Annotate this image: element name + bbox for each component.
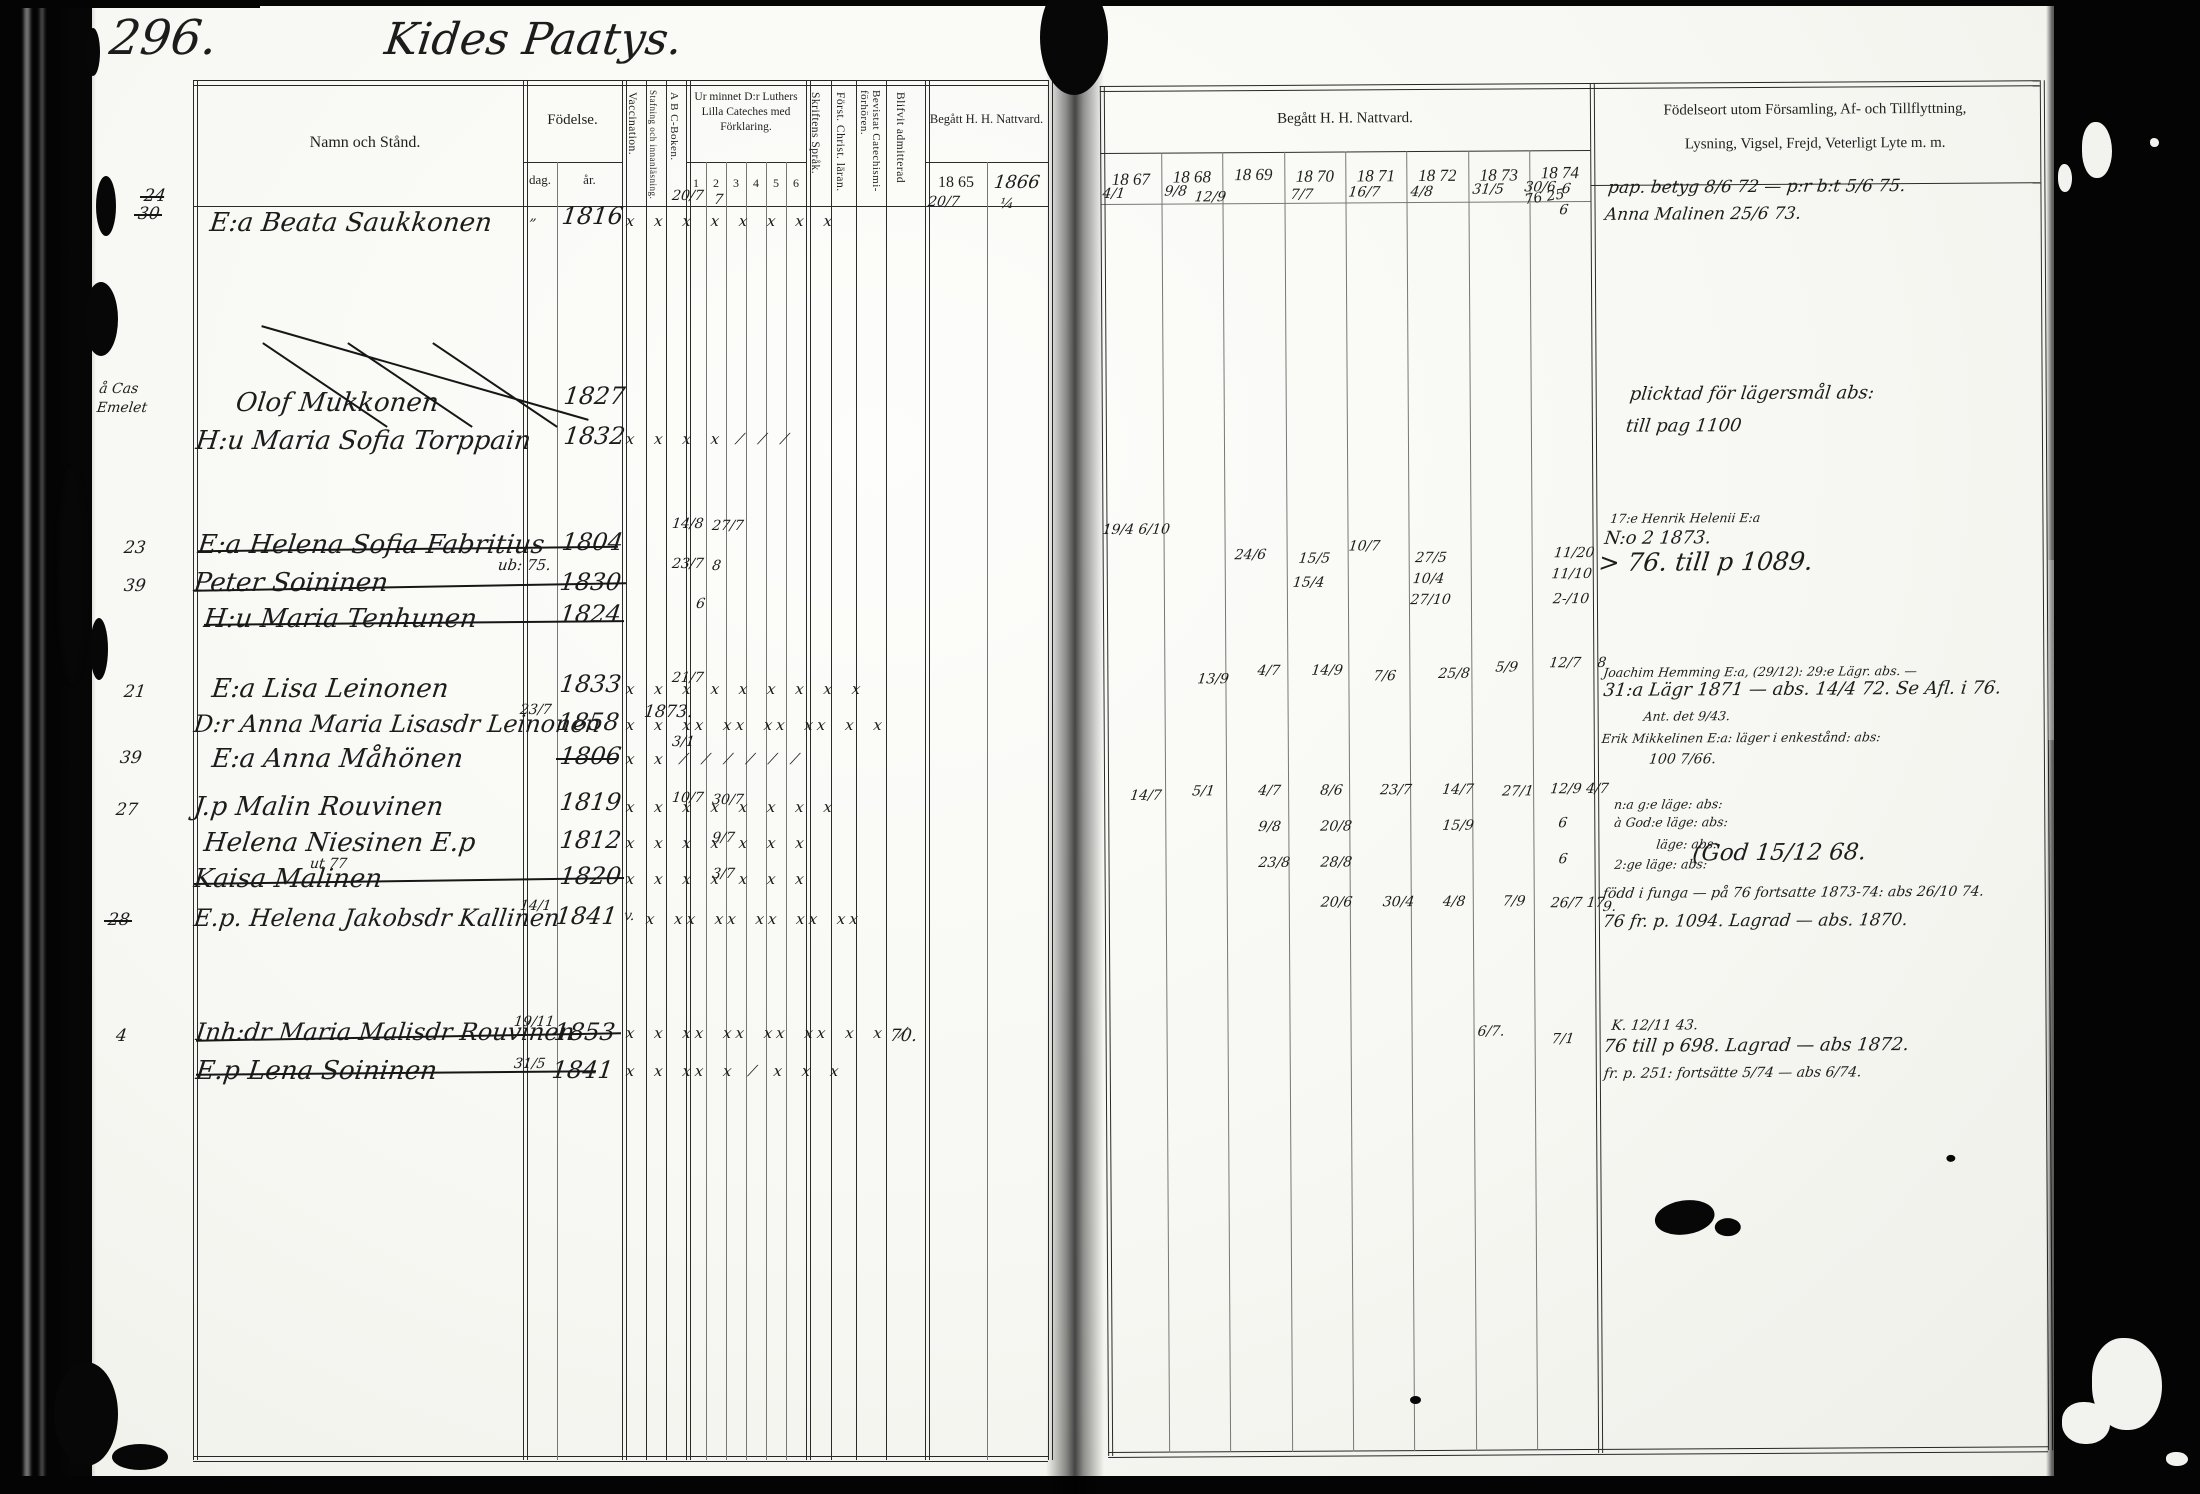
page-gutter-shadow <box>1046 0 1104 1494</box>
edge-blob <box>96 176 116 236</box>
edge-blob <box>90 618 108 680</box>
edge-blob <box>112 1444 168 1470</box>
scanned-parish-register: 296. Kides Paatys. Namn och Stånd. Födel… <box>0 0 2200 1494</box>
scan-white-spot <box>2048 560 2054 740</box>
scan-white-spot <box>2082 122 2112 178</box>
scan-edge-top <box>0 0 260 8</box>
scan-artifacts <box>0 0 2200 1494</box>
ink-speck <box>1410 1396 1421 1404</box>
scan-streak <box>40 0 44 1494</box>
scan-streak <box>24 0 30 1494</box>
scan-white-spot <box>2166 1452 2188 1466</box>
scan-edge-right <box>2046 0 2200 1494</box>
scan-white-spot <box>2058 164 2072 192</box>
edge-blob <box>84 282 118 356</box>
edge-blob <box>58 468 86 682</box>
edge-blob <box>54 1362 118 1466</box>
scan-white-spot <box>2062 1402 2110 1444</box>
scan-edge-left <box>0 0 96 1494</box>
scan-white-spot <box>2150 138 2159 147</box>
edge-blob <box>86 28 100 76</box>
